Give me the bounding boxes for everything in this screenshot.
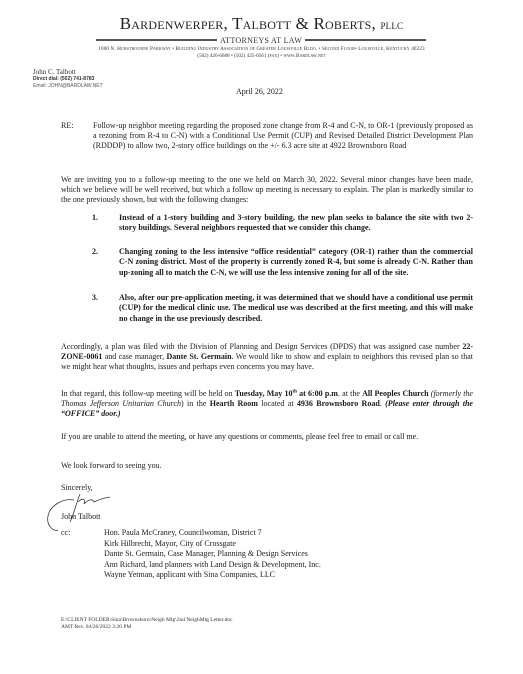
letter-date: April 26, 2022 — [236, 87, 283, 96]
letter-page: Bardenwerper, Talbott & Roberts, PLLC AT… — [0, 0, 523, 674]
text: . at the — [338, 389, 362, 398]
cc-recipient: Ann Richard, land planners with Land Des… — [104, 560, 321, 571]
text: ) in the — [181, 399, 210, 408]
paragraph-intro: We are inviting you to a follow-up meeti… — [61, 175, 473, 205]
tagline: ATTORNEYS AT LAW — [217, 36, 305, 45]
venue: All Peoples Church — [362, 389, 428, 398]
change-number: 2. — [92, 247, 98, 257]
cc-label: cc: — [61, 528, 70, 539]
sender-direct-dial: Direct dial: (502) 741-8783 — [33, 76, 103, 83]
re-text: Follow-up neighbor meeting regarding the… — [93, 121, 473, 151]
change-item-2: 2. Changing zoning to the less intensive… — [92, 247, 473, 278]
closing: Sincerely, — [61, 483, 473, 493]
firm-name-text: Bardenwerper, Talbott & Roberts, — [120, 14, 376, 33]
meeting-time: at 6:00 p.m — [297, 389, 338, 398]
firm-address: 1000 N. Hurstbourne Parkway • Building I… — [0, 46, 523, 52]
venue-address: 4936 Brownsboro Road — [297, 399, 380, 408]
revision-stamp: AMT Rev. 04/26/2022 3:20 PM — [61, 624, 232, 631]
change-number: 3. — [92, 293, 98, 303]
firm-phones: (502) 426-6688 • (502) 425-0561 (fax) • … — [0, 53, 523, 59]
cc-block: cc: Hon. Paula McCraney, Councilwoman, D… — [61, 528, 321, 581]
change-number: 1. — [92, 213, 98, 223]
re-label: RE: — [61, 121, 73, 131]
meeting-datetime: Tuesday, May 10th at 6:00 p.m — [235, 389, 338, 398]
change-item-3: 3. Also, after our pre-application meeti… — [92, 293, 473, 324]
tagline-rule-right — [305, 39, 426, 41]
sender-name: John C. Talbott — [33, 69, 103, 76]
change-text: Changing zoning to the less intensive “o… — [119, 247, 473, 278]
cc-list: Hon. Paula McCraney, Councilwoman, Distr… — [104, 528, 321, 581]
cc-recipient: Hon. Paula McCraney, Councilwoman, Distr… — [104, 528, 321, 539]
signature-name: John Talbott — [61, 512, 101, 521]
tagline-row: ATTORNEYS AT LAW — [96, 35, 426, 45]
file-path: E:\CLIENT FOLDER\Sina\Brownsboro\Neigh M… — [61, 617, 232, 624]
paragraph-case: Accordingly, a plan was filed with the D… — [61, 342, 473, 372]
sender-email: Email: JOHN@BARDLAW.NET — [33, 83, 103, 90]
text: Accordingly, a plan was filed with the D… — [61, 342, 462, 351]
cc-recipient: Kirk Hilbrecht, Mayor, City of Crossgate — [104, 539, 321, 550]
text: and case manager, — [102, 352, 166, 361]
change-text: Instead of a 1-story building and 3-stor… — [119, 213, 473, 234]
change-text: Also, after our pre-application meeting,… — [119, 293, 473, 324]
cc-recipient: Dante St. Germain, Case Manager, Plannin… — [104, 549, 321, 560]
change-item-1: 1. Instead of a 1-story building and 3-s… — [92, 213, 473, 234]
sender-block: John C. Talbott Direct dial: (502) 741-8… — [33, 69, 103, 90]
paragraph-contact: If you are unable to attend the meeting,… — [61, 432, 473, 442]
meeting-day: Tuesday, May 10 — [235, 389, 293, 398]
file-footer: E:\CLIENT FOLDER\Sina\Brownsboro\Neigh M… — [61, 617, 232, 630]
re-block: RE: Follow-up neighbor meeting regarding… — [61, 121, 473, 151]
text: located at — [258, 399, 297, 408]
paragraph-meeting: In that regard, this follow-up meeting w… — [61, 389, 473, 419]
room: Hearth Room — [210, 399, 258, 408]
firm-name: Bardenwerper, Talbott & Roberts, PLLC — [0, 14, 523, 34]
tagline-rule-left — [96, 39, 217, 41]
cc-recipient: Wayne Yetman, applicant with Sina Compan… — [104, 570, 321, 581]
firm-suffix: PLLC — [380, 21, 403, 31]
case-manager: Dante St. Germain — [167, 352, 232, 361]
text: In that regard, this follow-up meeting w… — [61, 389, 235, 398]
paragraph-closing: We look forward to seeing you. — [61, 461, 473, 471]
